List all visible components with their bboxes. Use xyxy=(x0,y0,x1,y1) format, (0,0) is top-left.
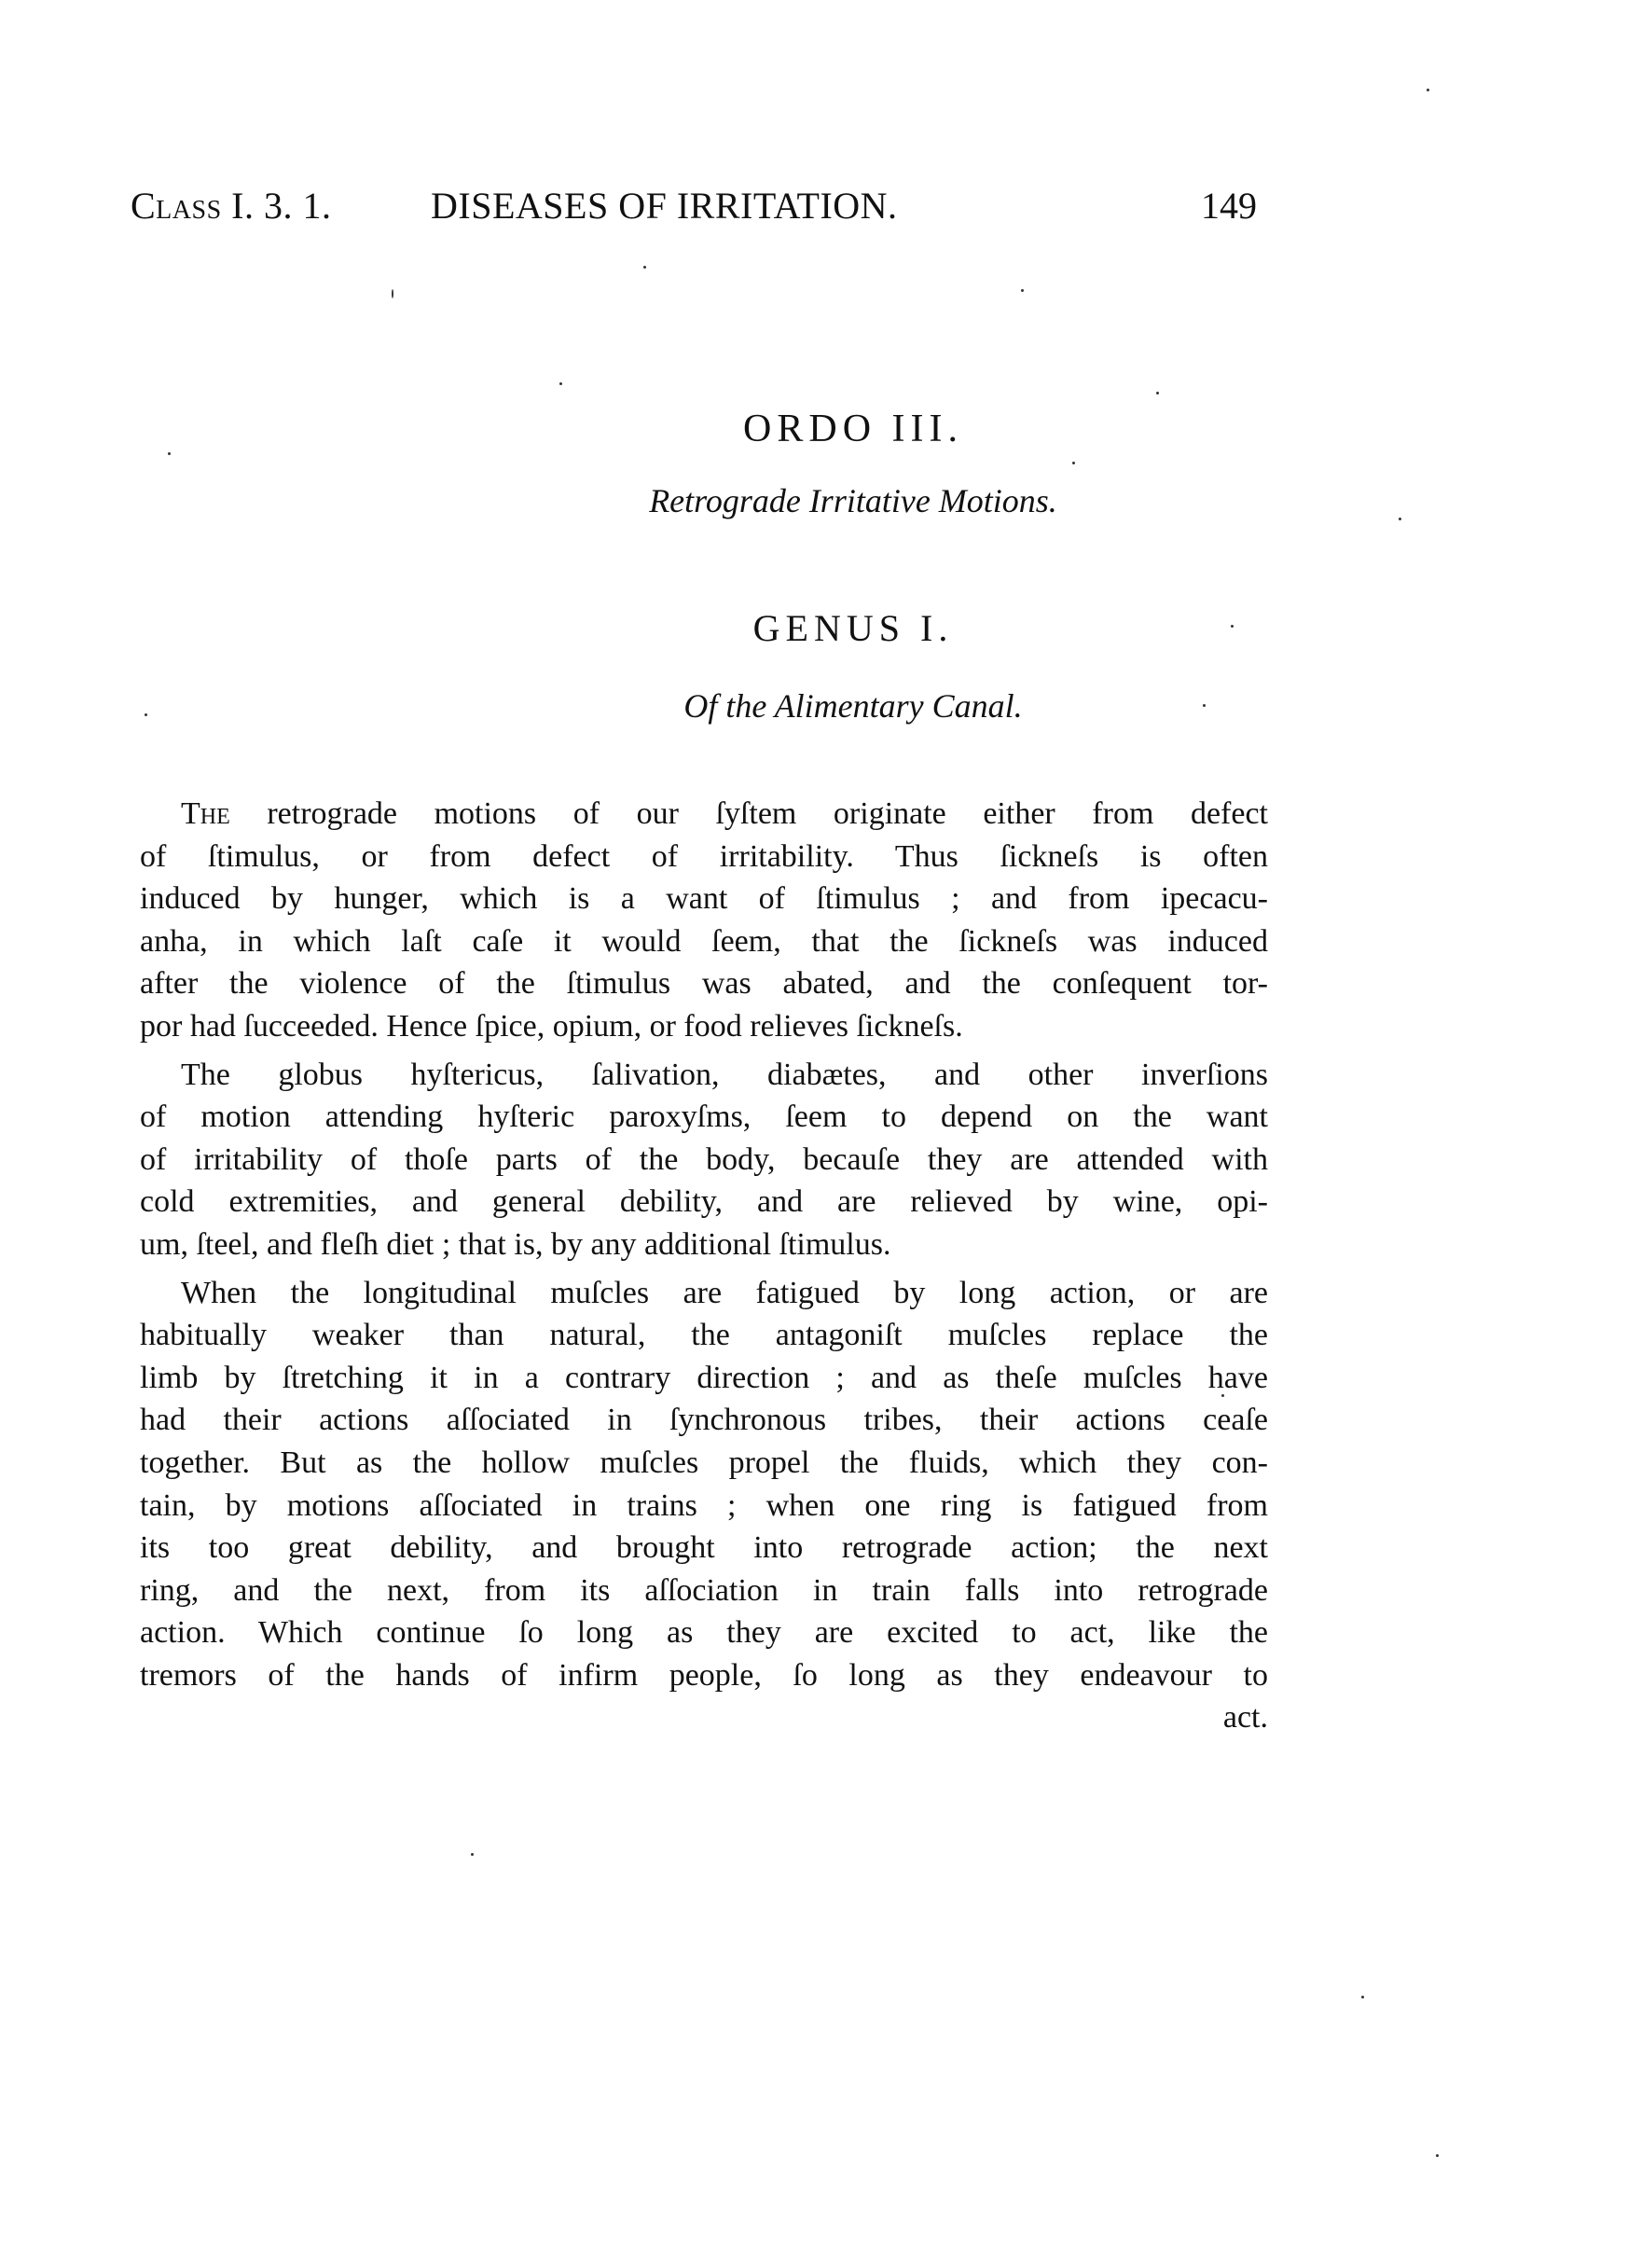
text-line: um, ſteel, and fleſh diet ; that is, by … xyxy=(140,1224,1268,1266)
scan-speck xyxy=(1021,289,1024,292)
class-label: Class I. 3. 1. xyxy=(131,183,331,229)
text-line: of motion attending hyſteric paroxyſms, … xyxy=(140,1096,1268,1139)
catchword: act. xyxy=(140,1696,1268,1739)
text-line: The globus hyſtericus, ſalivation, diabæ… xyxy=(140,1054,1268,1097)
scan-speck xyxy=(392,289,393,298)
scan-speck xyxy=(1156,392,1159,394)
running-head: Class I. 3. 1. DISEASES OF IRRITATION. 1… xyxy=(131,183,1257,229)
scan-speck xyxy=(471,1853,474,1856)
text-line: anha, in which laſt caſe it would ſeem, … xyxy=(140,920,1268,963)
ordo-heading: ORDO III. xyxy=(0,407,1641,451)
text-line: The retrograde motions of our ſyſtem ori… xyxy=(140,793,1268,836)
text-line: tremors of the hands of infirm people, ſ… xyxy=(140,1654,1268,1697)
scan-speck xyxy=(643,266,646,269)
text-line: action. Which continue ſo long as they a… xyxy=(140,1611,1268,1654)
text-line: habitually weaker than natural, the anta… xyxy=(140,1314,1268,1357)
text-line: had their actions aſſociated in ſynchron… xyxy=(140,1399,1268,1442)
drop-lead-word: The xyxy=(181,796,230,831)
scan-speck xyxy=(1361,1996,1364,1998)
scan-speck xyxy=(1427,89,1429,91)
scan-speck xyxy=(1231,625,1234,628)
scan-speck xyxy=(145,713,147,716)
scan-speck xyxy=(168,452,171,455)
scan-speck xyxy=(1203,704,1206,707)
text-line: of ſtimulus, or from defect of irritabil… xyxy=(140,836,1268,878)
text-line: por had ſucceeded. Hence ſpice, opium, o… xyxy=(140,1005,1268,1048)
scan-speck xyxy=(1072,462,1075,464)
text-line: ring, and the next, from its aſſociation… xyxy=(140,1570,1268,1612)
genus-subtitle: Of the Alimentary Canal. xyxy=(0,686,1641,726)
page-number: 149 xyxy=(1201,183,1257,229)
text-line: induced by hunger, which is a want of ſt… xyxy=(140,878,1268,920)
scan-speck xyxy=(1436,2154,1439,2157)
ordo-subtitle: Retrograde Irritative Motions. xyxy=(0,481,1641,520)
text-line: after the violence of the ſtimulus was a… xyxy=(140,962,1268,1005)
text-fragment: retrograde motions of our ſyſtem origina… xyxy=(230,796,1268,831)
text-line: its too great debility, and brought into… xyxy=(140,1527,1268,1570)
text-line: together. But as the hollow muſcles prop… xyxy=(140,1442,1268,1485)
text-line: cold extremities, and general debility, … xyxy=(140,1181,1268,1224)
running-title: DISEASES OF IRRITATION. xyxy=(431,183,898,229)
text-line: of irritability of thoſe parts of the bo… xyxy=(140,1139,1268,1182)
genus-heading: GENUS I. xyxy=(0,606,1641,650)
text-line: limb by ſtretching it in a contrary dire… xyxy=(140,1357,1268,1400)
text-line: When the longitudinal muſcles are fatigu… xyxy=(140,1272,1268,1315)
document-page: Class I. 3. 1. DISEASES OF IRRITATION. 1… xyxy=(0,0,1641,2268)
scan-speck xyxy=(559,382,562,385)
body-text: The retrograde motions of our ſyſtem ori… xyxy=(140,793,1268,1739)
scan-speck xyxy=(1221,1394,1224,1397)
scan-speck xyxy=(1399,518,1401,520)
text-line: tain, by motions aſſociated in trains ; … xyxy=(140,1485,1268,1528)
